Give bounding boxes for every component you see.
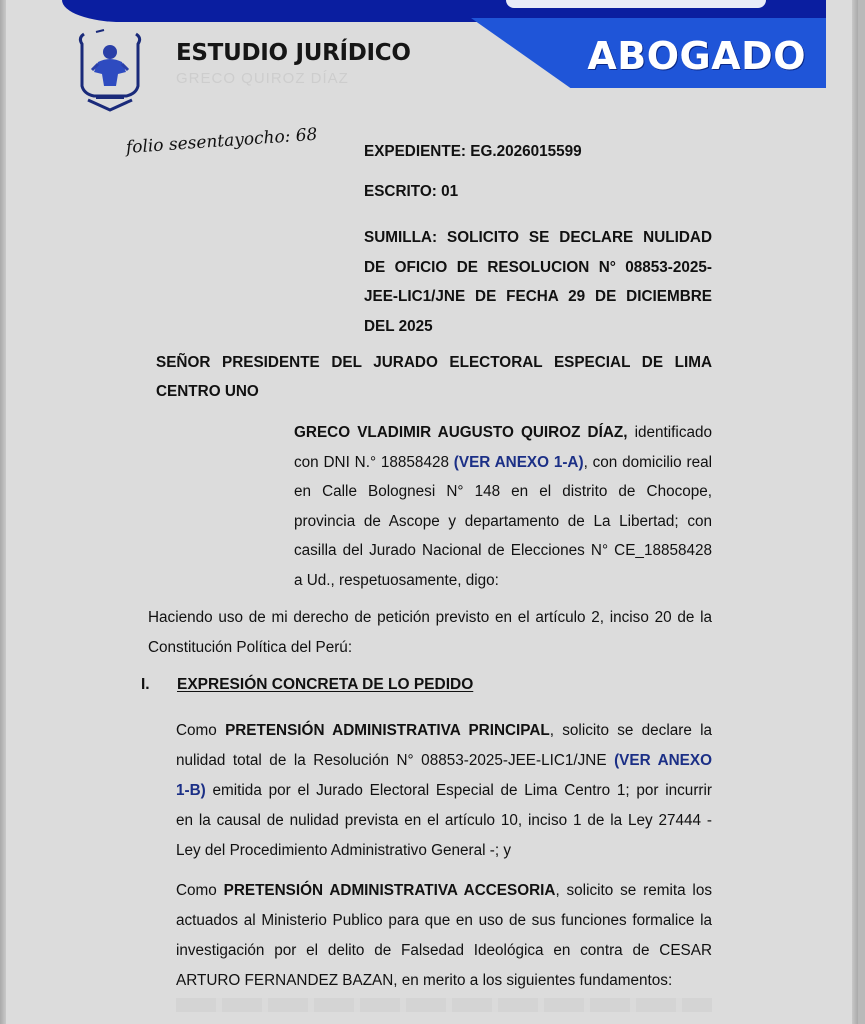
sumilla-line: SUMILLA: SOLICITO SE DECLARE NULIDAD	[364, 223, 712, 253]
expediente: EXPEDIENTE: EG.2026015599	[364, 143, 712, 161]
firm-subname: GRECO QUIROZ DÍAZ	[176, 70, 349, 87]
accessory-claim-label: PRETENSIÓN ADMINISTRATIVA ACCESORIA	[224, 882, 556, 899]
escrito-label: ESCRITO:	[364, 183, 437, 200]
petition-paragraph: Haciendo uso de mi derecho de petición p…	[148, 603, 712, 662]
accessory-claim-paragraph: Como PRETENSIÓN ADMINISTRATIVA ACCESORIA…	[176, 876, 712, 996]
petition-line: Haciendo uso de mi derecho de petición p…	[148, 603, 712, 633]
section-title: EXPRESIÓN CONCRETA DE LO PEDIDO	[177, 676, 473, 693]
escrito: ESCRITO: 01	[364, 183, 712, 201]
paragraph-line: Ley del Procedimiento Administrativo Gen…	[176, 836, 712, 866]
identity-line: con DNI N.° 18858428 (VER ANEXO 1-A), co…	[294, 448, 712, 478]
escrito-value: 01	[441, 183, 458, 200]
paragraph-line: actuados al Ministerio Publico para que …	[176, 906, 712, 936]
handwritten-folio: folio sesentayocho: 68	[125, 125, 318, 158]
sumilla-line: DE OFICIO DE RESOLUCION N° 08853-2025-	[364, 253, 712, 283]
shield-emblem-icon	[74, 24, 146, 112]
paragraph-line: en la causal de nulidad prevista en el a…	[176, 806, 712, 836]
identity-line: GRECO VLADIMIR AUGUSTO QUIROZ DÍAZ, iden…	[294, 418, 712, 448]
annex-1b-reference-cont: 1-B)	[176, 782, 206, 799]
sumilla-line: DEL 2025	[364, 312, 712, 342]
paragraph-line: investigación por el delito de Falsedad …	[176, 936, 712, 966]
addressee-line: CENTRO UNO	[156, 377, 712, 406]
principal-claim-paragraph: Como PRETENSIÓN ADMINISTRATIVA PRINCIPAL…	[176, 716, 712, 866]
addressee-line: SEÑOR PRESIDENTE DEL JURADO ELECTORAL ES…	[156, 348, 712, 377]
section-number: I.	[141, 676, 177, 694]
annex-1a-reference: (VER ANEXO 1-A)	[454, 454, 584, 471]
paragraph-line: 1-B) emitida por el Jurado Electoral Esp…	[176, 776, 712, 806]
identity-paragraph: GRECO VLADIMIR AUGUSTO QUIROZ DÍAZ, iden…	[294, 418, 712, 595]
identity-line: provincia de Ascope y departamento de La…	[294, 507, 712, 537]
expediente-value: EG.2026015599	[470, 143, 581, 160]
identity-line: en Calle Bolognesi N° 148 en el distrito…	[294, 477, 712, 507]
document-page: ABOGADO ESTUDIO JURÍDICO GRECO QUIROZ DÍ…	[6, 0, 858, 1024]
addressee: SEÑOR PRESIDENTE DEL JURADO ELECTORAL ES…	[156, 348, 712, 406]
bleed-through-text	[176, 998, 712, 1012]
sumilla: SUMILLA: SOLICITO SE DECLARE NULIDAD DE …	[364, 223, 712, 341]
section-heading: I.EXPRESIÓN CONCRETA DE LO PEDIDO	[141, 676, 701, 694]
identity-line: a Ud., respetuosamente, digo:	[294, 566, 712, 596]
paragraph-line: ARTURO FERNANDEZ BAZAN, en merito a los …	[176, 966, 712, 996]
paragraph-line: nulidad total de la Resolución N° 08853-…	[176, 746, 712, 776]
petition-line: Constitución Política del Perú:	[148, 633, 712, 663]
principal-claim-label: PRETENSIÓN ADMINISTRATIVA PRINCIPAL	[225, 722, 550, 739]
annex-1b-reference: (VER ANEXO	[614, 752, 712, 769]
page-edge-right	[852, 0, 858, 1024]
paragraph-line: Como PRETENSIÓN ADMINISTRATIVA PRINCIPAL…	[176, 716, 712, 746]
paragraph-line: Como PRETENSIÓN ADMINISTRATIVA ACCESORIA…	[176, 876, 712, 906]
expediente-label: EXPEDIENTE:	[364, 143, 466, 160]
letterhead-band-highlight	[506, 0, 766, 8]
petitioner-name: GRECO VLADIMIR AUGUSTO QUIROZ DÍAZ,	[294, 424, 628, 441]
firm-name: ESTUDIO JURÍDICO	[176, 40, 411, 66]
banner-title: ABOGADO	[587, 34, 806, 78]
identity-line: casilla del Jurado Nacional de Eleccione…	[294, 536, 712, 566]
sumilla-line: JEE-LIC1/JNE DE FECHA 29 DE DICIEMBRE	[364, 282, 712, 312]
